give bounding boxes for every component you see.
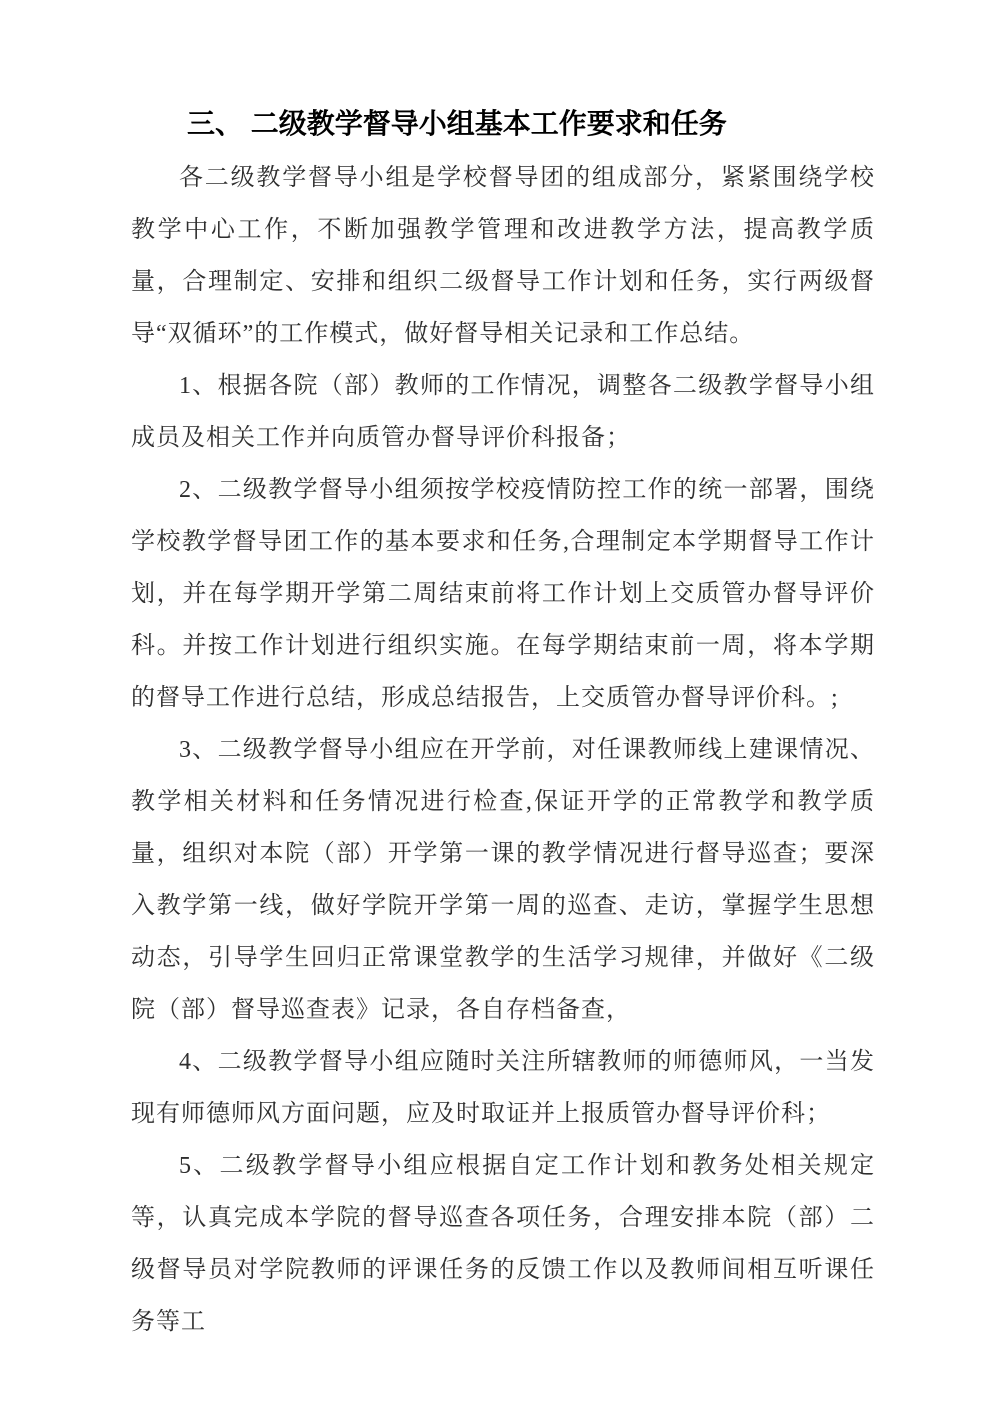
paragraph-intro: 各二级教学督导小组是学校督导团的组成部分，紧紧围绕学校教学中心工作，不断加强教学…: [131, 152, 875, 360]
paragraph-item-2: 2、二级教学督导小组须按学校疫情防控工作的统一部署，围绕学校教学督导团工作的基本…: [131, 464, 875, 724]
paragraph-item-4: 4、二级教学督导小组应随时关注所辖教师的师德师风，一当发现有师德师风方面问题，应…: [131, 1036, 875, 1140]
paragraph-item-5: 5、二级教学督导小组应根据自定工作计划和教务处相关规定等，认真完成本学院的督导巡…: [131, 1140, 875, 1348]
paragraph-item-1: 1、根据各院（部）教师的工作情况，调整各二级教学督导小组成员及相关工作并向质管办…: [131, 360, 875, 464]
paragraph-item-3: 3、二级教学督导小组应在开学前，对任课教师线上建课情况、教学相关材料和任务情况进…: [131, 724, 875, 1036]
section-heading: 三、 二级教学督导小组基本工作要求和任务: [131, 96, 875, 152]
document-body: 三、 二级教学督导小组基本工作要求和任务 各二级教学督导小组是学校督导团的组成部…: [131, 96, 875, 1348]
document-page: 三、 二级教学督导小组基本工作要求和任务 各二级教学督导小组是学校督导团的组成部…: [0, 0, 992, 1403]
